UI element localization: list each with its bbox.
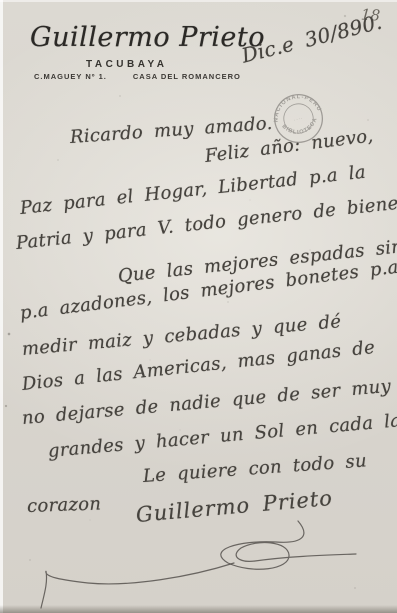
- letterhead-address-left: C.MAGUEY Nº 1.: [34, 72, 107, 81]
- letterhead-address-right: CASA DEL ROMANCERO: [133, 72, 241, 81]
- letter-line-closing: Le quiere con todo su: [142, 450, 367, 487]
- letter-line-closing: corazon: [27, 493, 102, 517]
- letterhead-name: Guillermo Prieto: [30, 22, 265, 53]
- letterhead-city: TACUBAYA: [86, 59, 168, 70]
- handwritten-date: Dic.e 30/890.: [239, 10, 384, 68]
- letterhead-address: C.MAGUEY Nº 1.CASA DEL ROMANCERO: [34, 72, 241, 81]
- scanned-letter-page: Guillermo Prieto TACUBAYA C.MAGUEY Nº 1.…: [0, 0, 397, 613]
- stamp-center-text: ····: [293, 115, 304, 122]
- signature-flourish-icon: [0, 515, 397, 613]
